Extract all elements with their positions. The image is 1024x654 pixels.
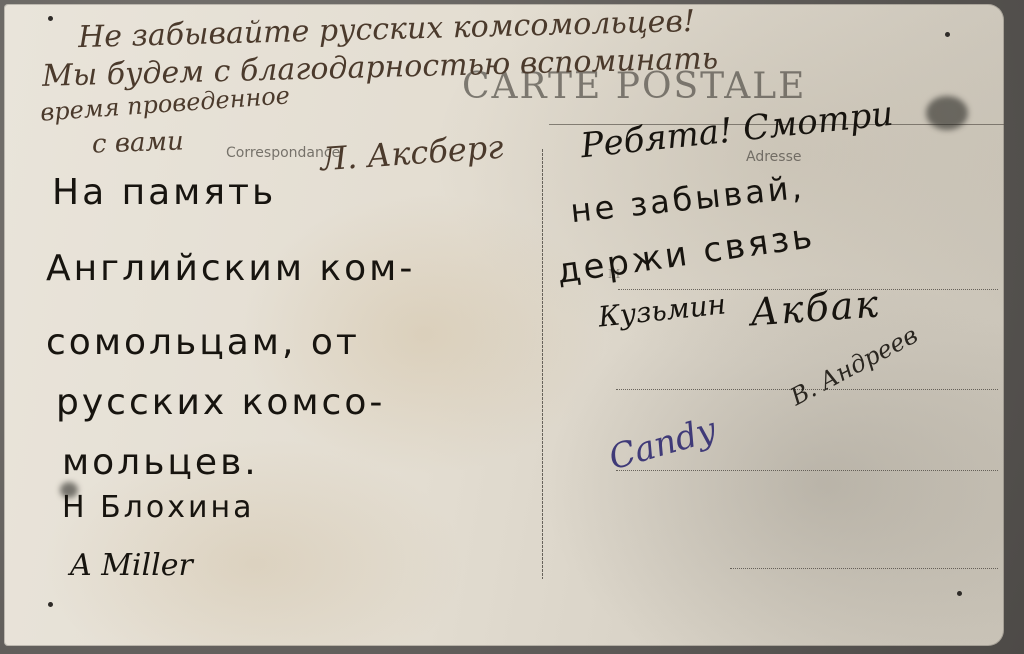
- pin-hole: [945, 32, 950, 37]
- pin-hole: [48, 602, 53, 607]
- left-message-line: Английским ком-: [46, 248, 415, 289]
- top-message-line: с вами: [92, 126, 185, 159]
- address-line: [616, 470, 998, 471]
- left-message-line: мольцев.: [62, 442, 259, 483]
- ink-blot: [926, 96, 968, 130]
- address-line: [730, 568, 998, 569]
- right-signature: В. Андреев: [786, 321, 923, 411]
- left-message-line: русских комсо-: [56, 382, 385, 423]
- address-label: Adresse: [746, 149, 801, 165]
- center-divider: [542, 149, 543, 579]
- left-message-signature: A Miller: [70, 548, 193, 583]
- postcard: CARTE POSTALE Correspondance Adresse M Н…: [4, 4, 1004, 646]
- right-signature: Акбак: [749, 282, 882, 335]
- left-message-line: На память: [52, 172, 276, 213]
- pin-hole: [957, 591, 962, 596]
- right-signature-blue: Candy: [605, 410, 721, 479]
- left-message-line: Н Блохина: [62, 490, 254, 525]
- left-message-line: сомольцам, от: [46, 322, 360, 363]
- top-message-signature: Л. Аксберг: [319, 128, 505, 179]
- pin-hole: [48, 16, 53, 21]
- right-signature: Кузьмин: [597, 287, 728, 333]
